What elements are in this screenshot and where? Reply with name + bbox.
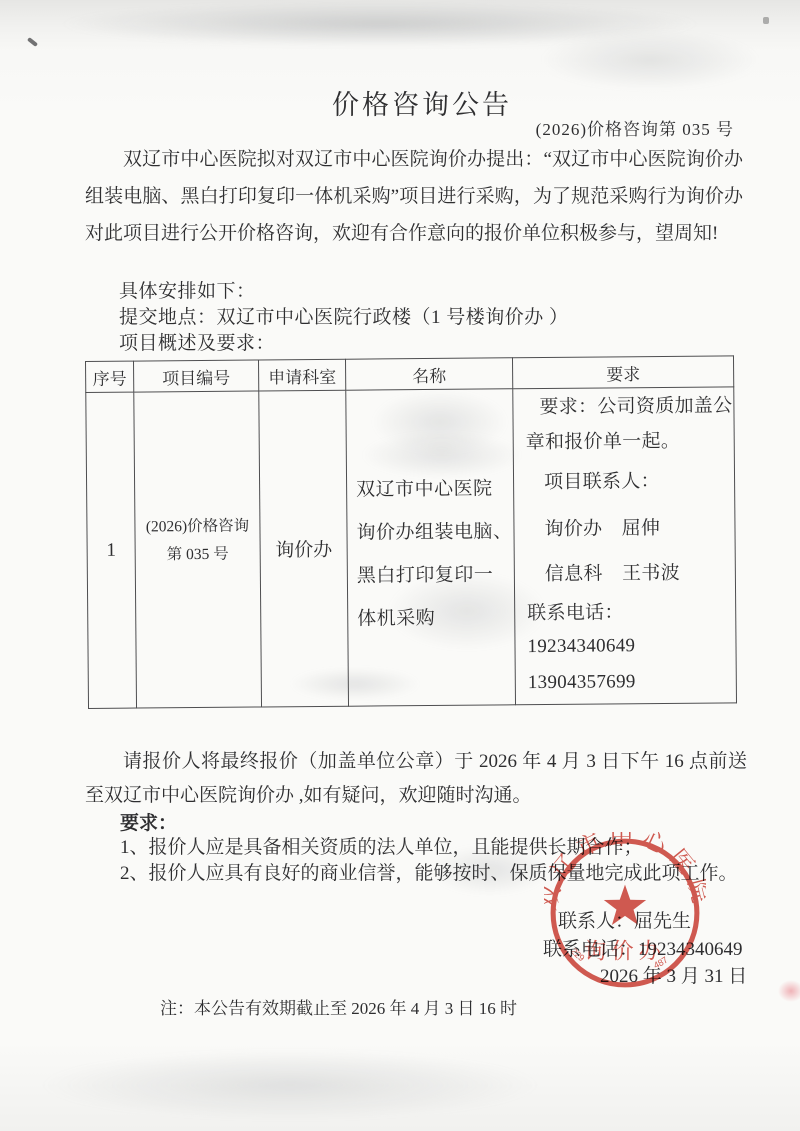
requirement-line: 询价办 屈伸	[514, 504, 734, 553]
cell-seq: 1	[86, 392, 137, 708]
closing-paragraph: 请报价人将最终报价（加盖单位公章）于 2026 年 4 月 3 日下午 16 点…	[85, 745, 747, 813]
arrangement-heading: 具体安排如下：	[119, 276, 256, 303]
requirement-line: 信息科 王书波	[515, 551, 735, 596]
validity-footnote: 注：本公告有效期截止至 2026 年 4 月 3 日 16 时	[160, 994, 517, 1019]
col-header-department: 申请科室	[258, 359, 345, 391]
name-line: 双辽市中心医院	[347, 467, 513, 511]
requirement-line: 项目联系人：	[514, 457, 734, 506]
col-header-requirement: 要求	[512, 356, 733, 389]
intro-paragraph: 双辽市中心医院拟对双辽市中心医院询价办提出：“双辽市中心医院询价办组装电脑、黑白…	[85, 141, 743, 252]
requirements-heading: 要求：	[120, 808, 177, 835]
name-line: 体机采购	[348, 596, 514, 640]
requirement-line: 联系电话：	[515, 594, 735, 631]
table-row: 1 (2026)价格咨询 第 035 号 询价办 双辽市中心医院 询价办组装电脑…	[86, 387, 737, 709]
col-header-seq: 序号	[86, 361, 134, 392]
project-no-line: 第 035 号	[136, 540, 260, 569]
col-header-name: 名称	[345, 358, 512, 390]
doc-number: (2026)价格咨询第 035 号	[536, 115, 734, 140]
scanned-document-page: 价格咨询公告 (2026)价格咨询第 035 号 双辽市中心医院拟对双辽市中心医…	[0, 0, 800, 1131]
cell-project-no: (2026)价格咨询 第 035 号	[134, 391, 262, 708]
submit-location-line: 提交地点：双辽市中心医院行政楼（1 号楼询价办 ）	[119, 302, 569, 329]
scan-noise-topright	[540, 30, 760, 90]
cell-name: 双辽市中心医院 询价办组装电脑、 黑白打印复印一 体机采购	[346, 389, 516, 706]
cell-department: 询价办	[259, 390, 349, 707]
scan-pink-smudge	[778, 980, 800, 1002]
project-no-line: (2026)价格咨询	[135, 512, 259, 541]
requirement-phone-number: 13904357699	[516, 661, 736, 703]
scan-speck	[763, 17, 769, 24]
scan-speck	[27, 37, 38, 47]
project-table: 序号 项目编号 申请科室 名称 要求 1 (2026)价格咨询 第 035 号 …	[85, 355, 737, 709]
requirement-line: 章和报价单一起。	[514, 424, 734, 459]
official-seal: 双辽市中心医院 询价办 229 487	[544, 832, 706, 994]
scan-noise-bottom	[40, 1050, 540, 1120]
requirement-phone-number: 19234340649	[515, 629, 735, 663]
seal-star-icon	[604, 885, 646, 925]
requirement-line: 要求：公司资质加盖公	[513, 388, 733, 426]
scan-noise-top	[60, 2, 700, 46]
seal-office-text: 询价办	[584, 939, 666, 964]
name-line: 询价办组装电脑、	[347, 510, 513, 554]
name-line: 黑白打印复印一	[348, 553, 514, 597]
cell-requirement: 要求：公司资质加盖公 章和报价单一起。 项目联系人： 询价办 屈伸 信息科 王书…	[513, 387, 737, 705]
col-header-project-no: 项目编号	[134, 360, 259, 392]
overview-heading: 项目概述及要求：	[119, 328, 275, 355]
